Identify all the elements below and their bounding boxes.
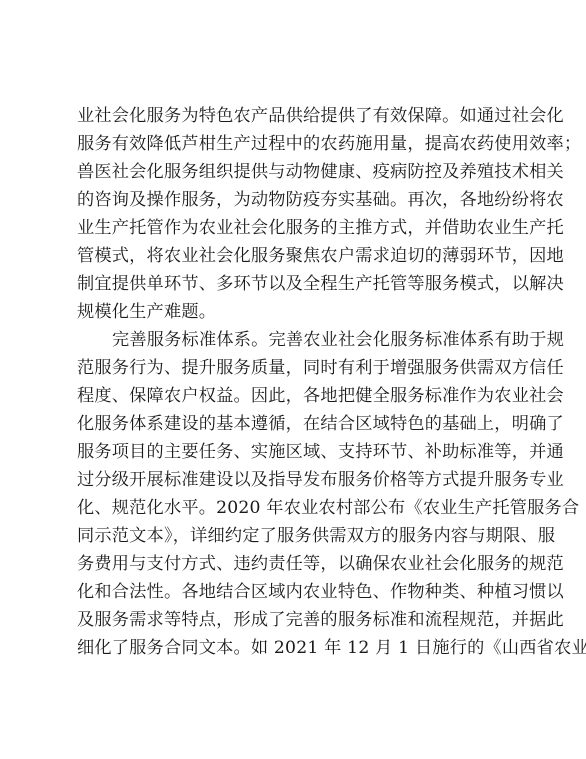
- text-line: 完善服务标准体系。完善农业社会化服务标准体系有助于规: [77, 326, 513, 354]
- text-line: 管模式，将农业社会化服务聚焦农户需求迫切的薄弱环节，因地: [77, 242, 513, 270]
- text-line: 服务有效降低芦柑生产过程中的农药施用量，提高农药使用效率；: [77, 130, 513, 158]
- document-page: 业社会化服务为特色农产品供给提供了有效保障。如通过社会化 服务有效降低芦柑生产过…: [77, 102, 513, 662]
- text-line: 范服务行为、提升服务质量，同时有利于增强服务供需双方信任: [77, 354, 513, 382]
- text-line: 细化了服务合同文本。如 2021 年 12 月 1 日施行的《山西省农业: [77, 634, 513, 662]
- text-line: 化服务体系建设的基本遵循，在结合区域特色的基础上，明确了: [77, 410, 513, 438]
- text-line: 过分级开展标准建设以及指导发布服务价格等方式提升服务专业: [77, 466, 513, 494]
- text-line: 同示范文本》，详细约定了服务供需双方的服务内容与期限、服: [77, 522, 513, 550]
- text-line: 务费用与支付方式、违约责任等，以确保农业社会化服务的规范: [77, 550, 513, 578]
- text-line: 化、规范化水平。2020 年农业农村部公布《农业生产托管服务合: [77, 494, 513, 522]
- text-line: 服务项目的主要任务、实施区域、支持环节、补助标准等，并通: [77, 438, 513, 466]
- text-line: 化和合法性。各地结合区域内农业特色、作物种类、种植习惯以: [77, 578, 513, 606]
- text-line: 程度、保障农户权益。因此，各地把健全服务标准作为农业社会: [77, 382, 513, 410]
- text-line: 规模化生产难题。: [77, 298, 513, 326]
- text-line: 的咨询及操作服务，为动物防疫夯实基础。再次，各地纷纷将农: [77, 186, 513, 214]
- text-line: 及服务需求等特点，形成了完善的服务标准和流程规范，并据此: [77, 606, 513, 634]
- paragraph-1: 业社会化服务为特色农产品供给提供了有效保障。如通过社会化 服务有效降低芦柑生产过…: [77, 102, 513, 326]
- text-line: 兽医社会化服务组织提供与动物健康、疫病防控及养殖技术相关: [77, 158, 513, 186]
- paragraph-2: 完善服务标准体系。完善农业社会化服务标准体系有助于规 范服务行为、提升服务质量，…: [77, 326, 513, 662]
- text-line: 业生产托管作为农业社会化服务的主推方式，并借助农业生产托: [77, 214, 513, 242]
- text-line: 业社会化服务为特色农产品供给提供了有效保障。如通过社会化: [77, 102, 513, 130]
- text-line: 制宜提供单环节、多环节以及全程生产托管等服务模式，以解决: [77, 270, 513, 298]
